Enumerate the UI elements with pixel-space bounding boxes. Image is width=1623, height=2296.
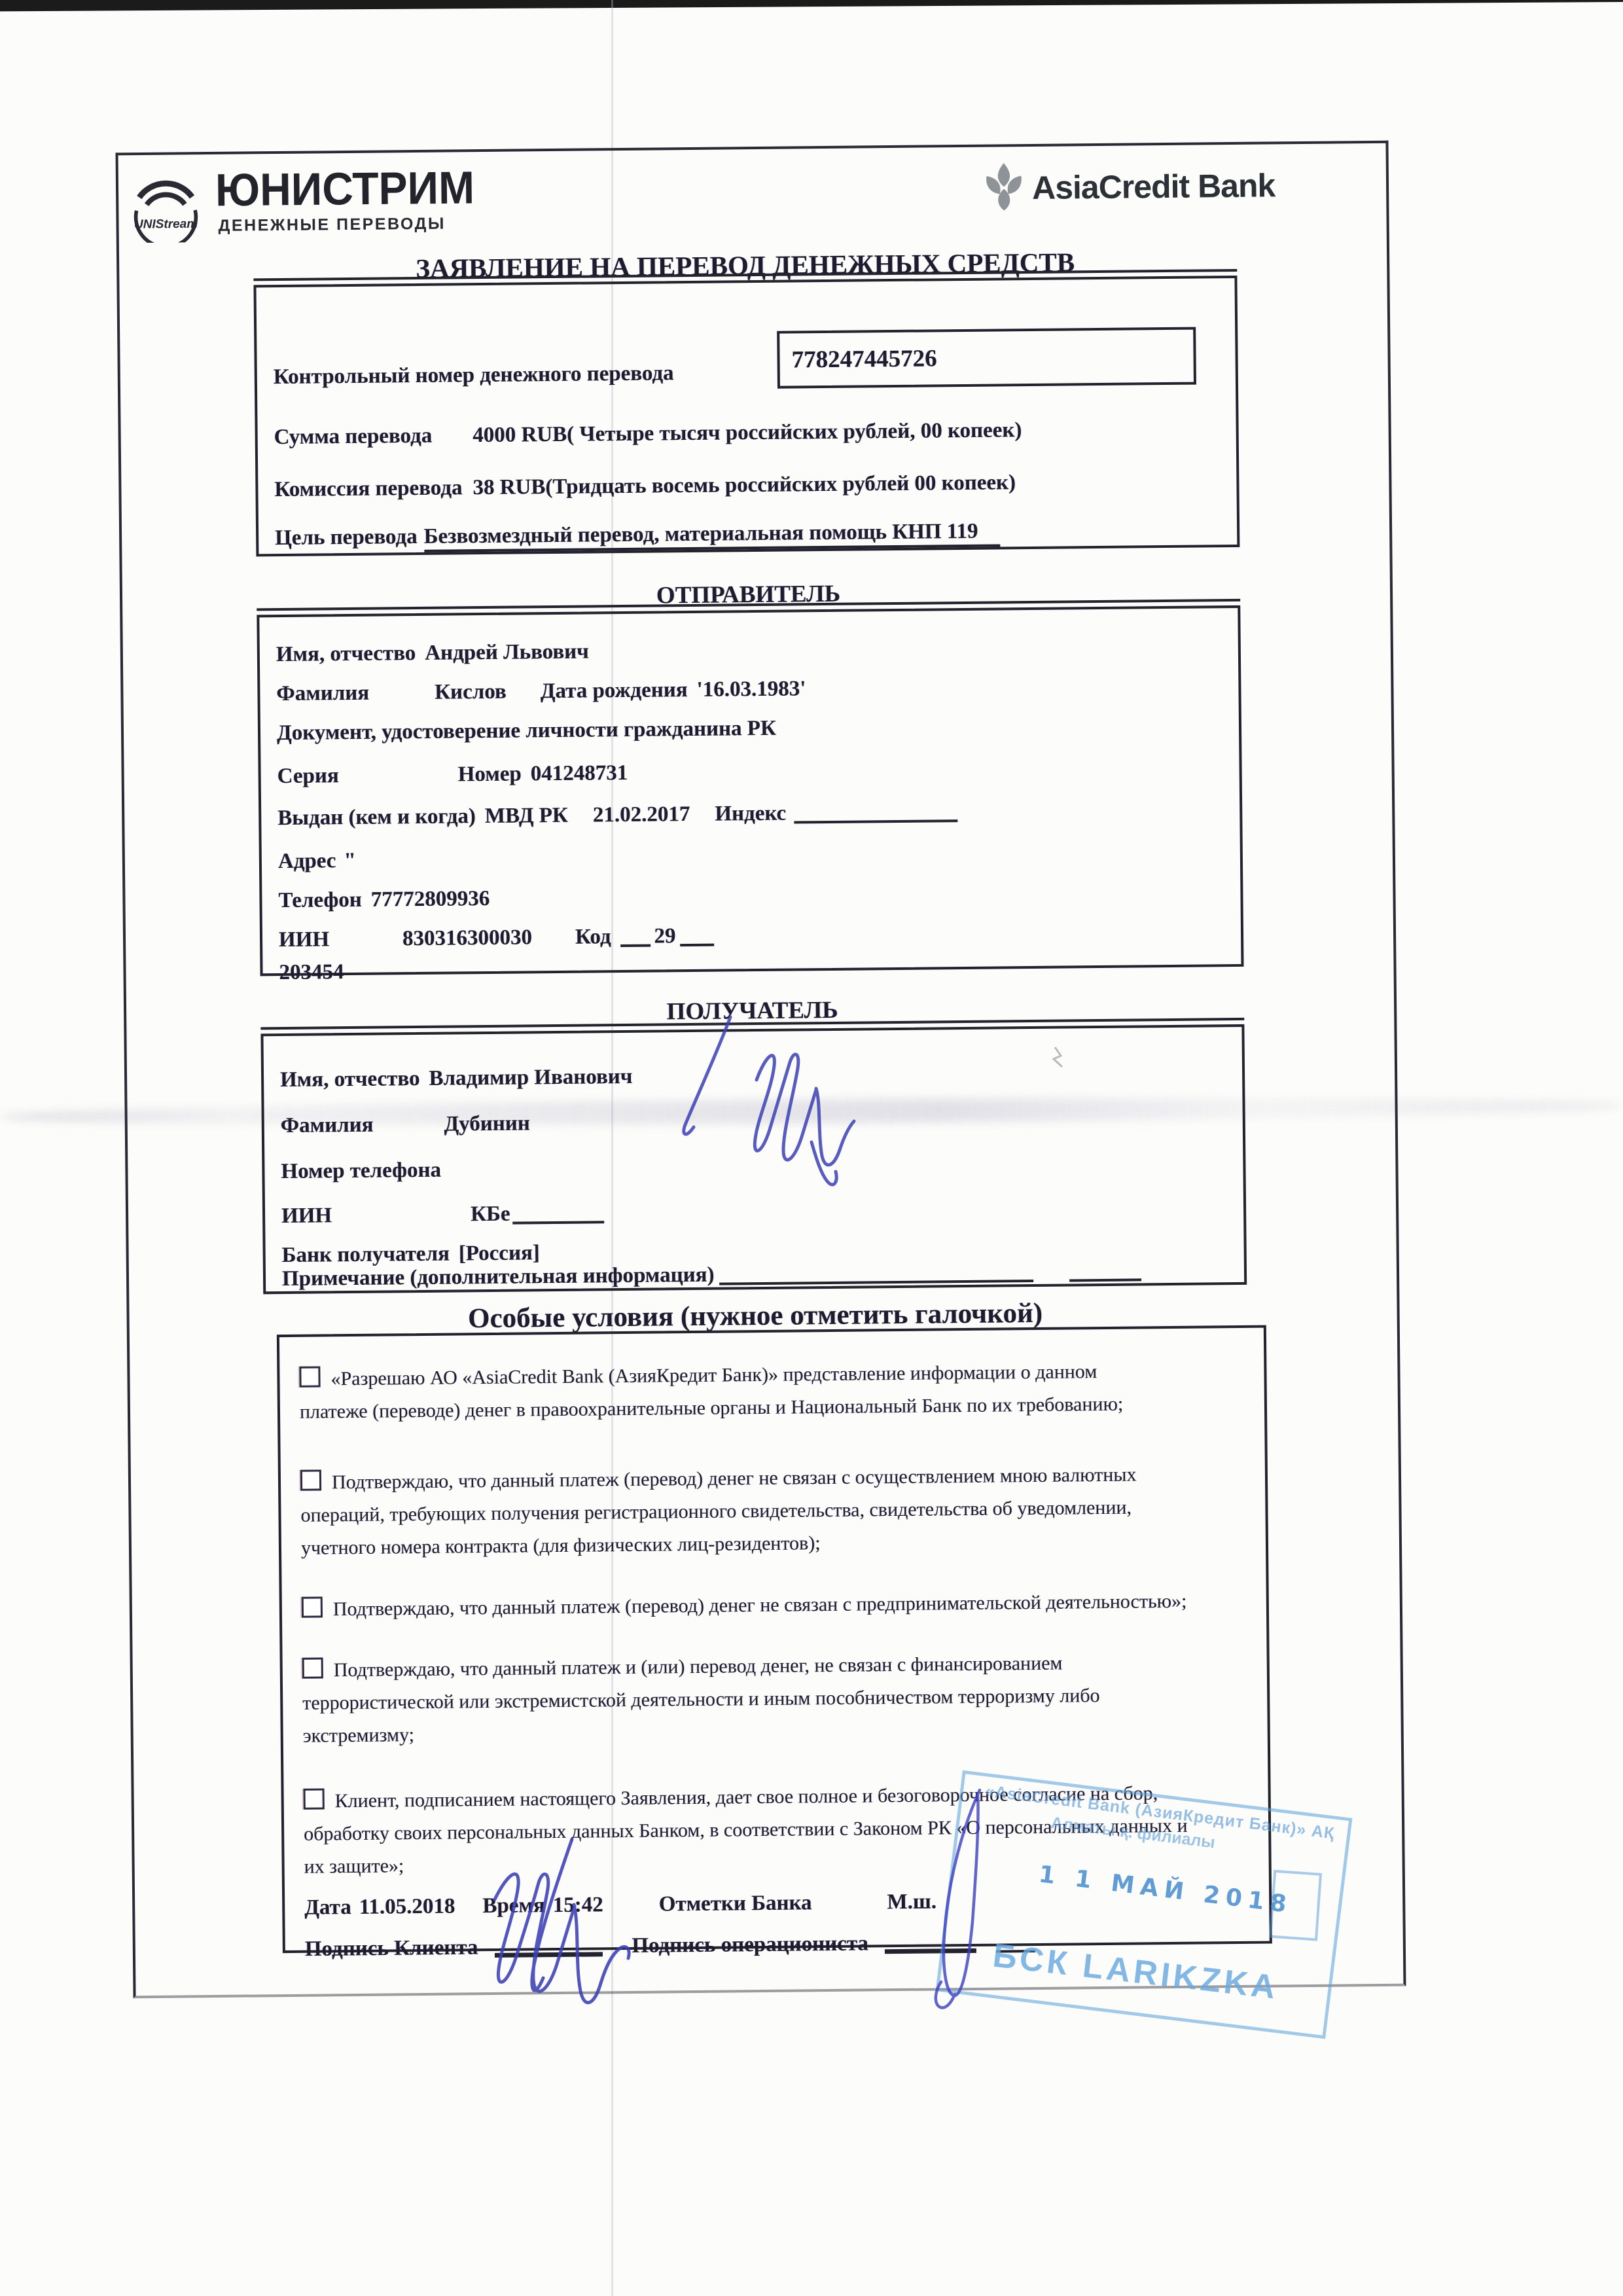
- blank-line: [620, 927, 650, 947]
- field-label: Выдан (кем и когда): [277, 804, 476, 830]
- stamp-inner-box: [1269, 1870, 1322, 1941]
- sender-name-row: Имя, отчествоАндрей Львович: [276, 640, 589, 666]
- sender-branch-code: 203454: [279, 961, 344, 984]
- commission-value: 38 RUB(Тридцать восемь российских рублей…: [473, 471, 1016, 499]
- note-blank-line: [1069, 1261, 1141, 1282]
- condition-item: «Разрешаю АО «AsiaCredit Bank (АзияКреди…: [299, 1355, 1154, 1428]
- scanner-edge-artifact: [0, 0, 1623, 11]
- blank-line: [679, 926, 713, 946]
- bank-stamp: «AsiaCredit Bank (АзияКредит Банк)» АҚ А…: [936, 1770, 1353, 2039]
- sender-box: Имя, отчествоАндрей Львович ФамилияКисло…: [257, 605, 1243, 976]
- recipient-box: Имя, отчествоВладимир Иванович ФамилияДу…: [260, 1024, 1247, 1294]
- field-label: Номер: [458, 762, 522, 786]
- asiacredit-wordmark: AsiaCredit Bank: [1032, 166, 1275, 207]
- operator-sign-label: Подпись операциониста: [632, 1932, 868, 1958]
- unistream-wordmark: ЮНИСТРИМ: [215, 161, 475, 216]
- field-value: ": [344, 849, 356, 872]
- field-value: [Россия]: [459, 1241, 540, 1265]
- recipient-name-row: Имя, отчествоВладимир Иванович: [280, 1066, 633, 1092]
- field-label: Индекс: [715, 802, 786, 826]
- kbe-blank-line: [512, 1204, 604, 1225]
- condition-item: Подтверждаю, что данный платеж и (или) п…: [302, 1646, 1183, 1752]
- field-label: Фамилия: [281, 1113, 374, 1138]
- field-value: МВД РК: [485, 804, 568, 828]
- msh-label: М.ш.: [887, 1890, 936, 1914]
- stamp-date: 1 1 МАЙ 2018: [1037, 1861, 1294, 1918]
- unistream-tagline: ДЕНЕЖНЫЕ ПЕРЕВОДЫ: [218, 215, 446, 236]
- amount-value: 4000 RUB( Четыре тысяч российских рублей…: [473, 418, 1022, 447]
- sender-iin-row: ИИН830316300030Код29: [279, 925, 714, 952]
- commission-label: Комиссия перевода: [274, 476, 462, 501]
- asiacredit-logo-icon: [982, 161, 1026, 213]
- transfer-details-box: Контрольный номер денежного перевода 778…: [253, 276, 1240, 556]
- field-value: Кислов: [435, 680, 507, 704]
- field-value: Дубинин: [444, 1111, 530, 1136]
- field-label: КБе: [471, 1202, 510, 1227]
- sender-address-row: Адрес": [278, 850, 356, 873]
- amount-row: Сумма перевода4000 RUB( Четыре тысяч рос…: [274, 419, 1022, 449]
- condition-text: Подтверждаю, что данный платеж и (или) п…: [302, 1653, 1100, 1747]
- field-label: Имя, отчество: [280, 1067, 420, 1092]
- sender-issued-row: Выдан (кем и когда)МВД РК21.02.2017Индек…: [277, 800, 957, 830]
- bank-marks-label: Отметки Банка: [659, 1891, 812, 1916]
- condition-item: Подтверждаю, что данный платеж (перевод)…: [302, 1585, 1187, 1626]
- field-label: ИИН: [281, 1204, 332, 1228]
- field-label: ИИН: [279, 927, 329, 952]
- field-label: Дата рождения: [541, 678, 688, 703]
- purpose-label: Цель перевода: [275, 525, 418, 550]
- recipient-iin-row: ИИНКБе: [281, 1202, 605, 1227]
- condition-text: Подтверждаю, что данный платеж (перевод)…: [333, 1590, 1187, 1621]
- field-value: Владимир Иванович: [429, 1065, 632, 1090]
- recipient-bank-row: Банк получателя[Россия]: [282, 1242, 540, 1266]
- date-time-row: Дата11.05.2018Время15:42Отметки БанкаМ.ш…: [304, 1890, 936, 1919]
- field-label: Адрес: [278, 849, 336, 873]
- field-value: '16.03.1983': [696, 677, 806, 702]
- condition-checkbox-3[interactable]: [302, 1596, 323, 1617]
- field-value: 21.02.2017: [593, 802, 690, 827]
- control-number-value: 778247445726: [791, 346, 936, 373]
- condition-checkbox-4[interactable]: [302, 1657, 323, 1678]
- scanned-document-page: UNIStream ЮНИСТРИМ ДЕНЕЖНЫЕ ПЕРЕВОДЫ Asi…: [0, 0, 1623, 2296]
- time-value: 15:42: [553, 1893, 603, 1917]
- condition-text: Подтверждаю, что данный платеж (перевод)…: [300, 1464, 1136, 1559]
- field-label: Фамилия: [276, 681, 369, 706]
- condition-checkbox-5[interactable]: [304, 1788, 325, 1809]
- field-value: 77772809936: [371, 887, 490, 912]
- sender-series-row: СерияНомер041248731: [277, 762, 628, 788]
- sender-surname-row: ФамилияКисловДата рождения'16.03.1983': [276, 677, 806, 705]
- field-label: Телефон: [278, 888, 362, 912]
- condition-checkbox-1[interactable]: [299, 1366, 320, 1387]
- sender-document-row: Документ, удостоверение личности граждан…: [277, 717, 776, 745]
- field-value: 830316300030: [402, 925, 532, 950]
- svg-text:UNIStream: UNIStream: [134, 217, 198, 232]
- condition-item: Подтверждаю, что данный платеж (перевод)…: [300, 1458, 1194, 1564]
- date-label: Дата: [304, 1895, 351, 1920]
- commission-row: Комиссия перевода38 RUB(Тридцать восемь …: [274, 471, 1016, 501]
- field-value: 29: [654, 924, 675, 948]
- recipient-surname-row: ФамилияДубинин: [281, 1112, 530, 1137]
- field-value: 041248731: [531, 761, 628, 785]
- field-label: Серия: [277, 764, 338, 788]
- signatures-row: Подпись КлиентаПодпись операциониста: [305, 1931, 1035, 1961]
- unistream-emblem-icon: UNIStream: [129, 169, 203, 243]
- condition-checkbox-2[interactable]: [300, 1469, 321, 1490]
- date-value: 11.05.2018: [359, 1895, 455, 1919]
- field-label: Код: [575, 925, 611, 949]
- note-blank-line: [719, 1263, 1033, 1285]
- recipient-phone-row: Номер телефона: [281, 1159, 441, 1183]
- sender-phone-row: Телефон77772809936: [278, 888, 490, 912]
- control-number-label: Контрольный номер денежного перевода: [274, 362, 674, 389]
- client-sign-label: Подпись Клиента: [305, 1936, 478, 1962]
- purpose-value: Безвозмездный перевод, материальная помо…: [424, 519, 1001, 552]
- money-transfer-form: UNIStream ЮНИСТРИМ ДЕНЕЖНЫЕ ПЕРЕВОДЫ Asi…: [116, 141, 1406, 1999]
- field-label: Банк получателя: [282, 1242, 450, 1267]
- index-blank-line: [794, 802, 957, 824]
- client-signature-line: [494, 1935, 602, 1958]
- field-value: Андрей Львович: [425, 639, 589, 664]
- purpose-row: Цель переводаБезвозмездный перевод, мате…: [275, 520, 1001, 549]
- condition-text: «Разрешаю АО «AsiaCredit Bank (АзияКреди…: [300, 1361, 1124, 1422]
- amount-label: Сумма перевода: [274, 424, 433, 449]
- field-label: Имя, отчество: [276, 641, 416, 666]
- time-label: Время: [482, 1893, 545, 1918]
- field-label: Примечание (дополнительная информация): [282, 1263, 715, 1291]
- stamp-code: БСК LARIKZKA: [942, 1930, 1330, 2012]
- control-number-box: 778247445726: [777, 327, 1196, 389]
